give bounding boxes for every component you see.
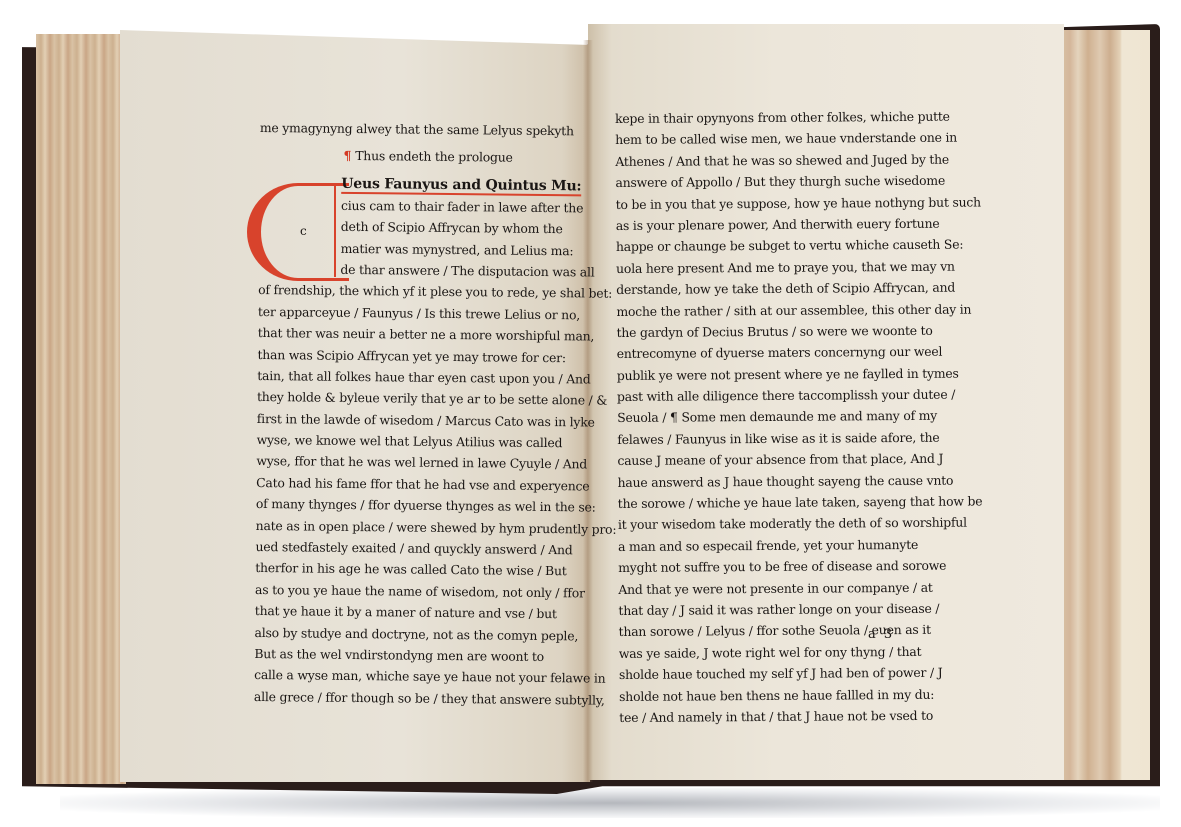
text-line: derstande, how ye take the deth of Scipi… [616,277,931,301]
text-line: kepe in thair opynyons from other folkes… [615,106,930,130]
text-line: happe or chaunge be subget to vertu whic… [616,234,931,258]
text-line: haue answerd as J haue thought sayeng th… [618,469,933,493]
text-line: alle grece / ffor though so be / they th… [254,686,564,711]
line-text: than was Scipio Affrycan yet ye may trow… [257,347,566,365]
right-page-edges [1062,30,1150,780]
text-line: past with alle diligence there taccompli… [617,384,932,408]
line-text: answere of Appollo / But they thurgh suc… [615,173,945,190]
line-text: Cato had his fame ffor that he had vse a… [256,475,589,493]
text-line: that day / J said it was rather longe on… [618,598,933,622]
line-text: to be in you that ye suppose, how ye hau… [616,194,981,212]
book-shadow [60,788,1160,818]
line-text: de thar answere / The disputacion was al… [340,262,594,280]
line-text: sholde not haue ben thens ne haue fallle… [619,686,934,703]
line-text: cause J meane of your absence from that … [617,451,943,468]
text-line: wyse, ffor that he was wel lerned in law… [256,450,566,475]
text-line: Seuola / ¶ Some men demaunde me and many… [617,405,932,429]
text-line: me ymagynyng alwey that the same Lelyus … [260,117,570,142]
line-text: tee / And namely in that / that J haue n… [619,708,933,725]
line-text: calle a wyse man, whiche saye ye haue no… [254,667,605,686]
line-text: Thus endeth the prologue [355,148,513,165]
text-line: that ye haue it by a maner of nature and… [255,600,565,625]
signature-mark: a 3 [868,627,894,642]
text-line: Athenes / And that he was so shewed and … [615,149,930,173]
line-text: uola here present And me to praye you, t… [616,258,955,275]
text-line: answere of Appollo / But they thurgh suc… [615,170,930,194]
text-line: of frendship, the which yf it plese you … [258,279,568,304]
line-text: happe or chaunge be subget to vertu whic… [616,237,963,254]
text-line: moche the rather / sith at our assemblee… [616,298,931,322]
paragraph-mark-icon: ¶ [344,148,352,163]
line-text: therfor in his age he was called Cato th… [255,560,566,578]
line-text: felawes / Faunyus in like wise as it is … [617,430,939,447]
line-text: it your wisedom take moderatly the deth … [618,515,967,532]
text-line: tee / And namely in that / that J haue n… [619,705,934,729]
line-text: me ymagynyng alwey that the same Lelyus … [260,120,574,138]
text-line: felawes / Faunyus in like wise as it is … [617,427,932,451]
line-text: that ye haue it by a maner of nature and… [255,603,557,621]
text-line: therfor in his age he was called Cato th… [255,557,565,582]
text-line: was ye saide, J wote right wel for ony t… [619,641,934,665]
text-line: than was Scipio Affrycan yet ye may trow… [257,344,567,369]
text-line: calle a wyse man, whiche saye ye haue no… [254,664,564,689]
text-line: a man and so especail frende, yet your h… [618,534,933,558]
left-page-text: me ymagynyng alwey that the same Lelyus … [254,117,570,710]
text-line: the sorowe / whiche ye haue late taken, … [618,491,933,515]
line-text: wyse, we knowe wel that Lelyus Atilius w… [257,432,563,450]
line-text: alle grece / ffor though so be / they th… [254,689,605,708]
line-text: a man and so especail frende, yet your h… [618,537,918,554]
text-line: that ther was neuir a better ne a more w… [258,322,568,347]
line-text: tain, that all folkes haue thar eyen cas… [257,368,590,386]
rubricated-line: Ueus Faunyus and Quintus Mu: [341,176,581,197]
text-line: they holde & byleue verily that ye ar to… [257,386,567,411]
text-line: cause J meane of your absence from that … [617,448,932,472]
line-text: And that ye were not presente in our com… [618,579,932,596]
line-text: past with alle diligence there taccompli… [617,387,955,404]
line-text: moche the rather / sith at our assemblee… [616,301,971,318]
text-line: it your wisedom take moderatly the deth … [618,512,933,536]
prologue-end-line: ¶Thus endeth the prologue [259,138,569,175]
line-text: first in the lawde of wisedom / Marcus C… [257,411,595,430]
line-text: that day / J said it was rather longe on… [618,601,939,618]
text-line: publik ye were not present where ye ne f… [617,362,932,386]
line-text: the gardyn of Decius Brutus / so were we… [617,323,933,340]
text-line: sholde not haue ben thens ne haue fallle… [619,683,934,707]
line-text: Seuola / ¶ Some men demaunde me and many… [617,408,937,425]
line-text: ued stedfastely exaited / and quyckly an… [255,539,572,557]
line-text: ter apparceyue / Faunyus / Is this trewe… [258,304,580,322]
line-text: Athenes / And that he was so shewed and … [615,151,949,168]
line-text: also by studye and doctryne, not as the … [255,625,579,643]
line-text: of frendship, the which yf it plese you … [258,282,612,301]
line-text: kepe in thair opynyons from other folkes… [615,109,950,126]
text-line: the gardyn of Decius Brutus / so were we… [616,320,931,344]
left-page-edges [36,34,126,784]
line-text: derstande, how ye take the deth of Scipi… [616,280,955,297]
line-text: was ye saide, J wote right wel for ony t… [619,644,922,661]
line-text: myght not suffre you to be free of disea… [618,558,946,575]
line-text: But as the wel vndirstondyng men are woo… [254,646,544,664]
line-text: wyse, ffor that he was wel lerned in law… [256,453,587,471]
text-line: as is your plenare power, And therwith e… [616,213,931,237]
line-text: cius cam to thair fader in lawe after th… [341,198,583,216]
line-text: haue answerd as J haue thought sayeng th… [618,472,954,489]
text-line: hem to be called wise men, we haue vnder… [615,127,930,151]
line-text: that ther was neuir a better ne a more w… [258,325,595,344]
line-text: as is your plenare power, And therwith e… [616,216,940,233]
line-text: nate as in open place / were shewed by h… [256,518,617,537]
line-text: hem to be called wise men, we haue vnder… [615,130,957,147]
line-text: sholde haue touched my self yf J had ben… [619,665,943,682]
line-text: they holde & byleue verily that ye ar to… [257,389,607,408]
line-text: publik ye were not present where ye ne f… [617,365,959,382]
line-text: of many thynges / ffor dyuerse thynges a… [256,496,596,515]
text-line: sholde haue touched my self yf J had ben… [619,662,934,686]
text-line: uola here present And me to praye you, t… [616,256,931,280]
line-text: the sorowe / whiche ye haue late taken, … [618,493,983,511]
line-text: matier was mynystred, and Lelius ma: [341,240,574,257]
text-line: of many thynges / ffor dyuerse thynges a… [256,493,566,518]
line-text: deth of Scipio Affrycan by whom the [341,219,563,236]
line-text: as to you ye haue the name of wisedom, n… [255,582,585,600]
text-line: entrecomyne of dyuerse maters concernyng… [617,341,932,365]
text-line: myght not suffre you to be free of disea… [618,555,933,579]
text-line: to be in you that ye suppose, how ye hau… [616,191,931,215]
line-text: entrecomyne of dyuerse maters concernyng… [617,344,943,361]
text-line: And that ye were not presente in our com… [618,576,933,600]
